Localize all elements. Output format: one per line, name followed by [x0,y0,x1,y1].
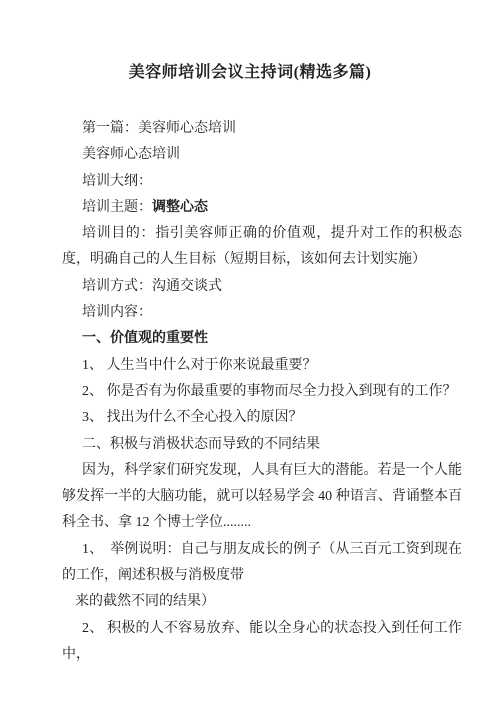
potential-paragraph: 因为，科学家们研究发现，人具有巨大的潜能。若是一个人能够发挥一半的大脑功能，就可… [62,458,462,537]
training-topic-label: 培训主题： [82,200,152,215]
document-title: 美容师培训会议主持词(精选多篇) [0,0,500,86]
section-heading-one: 一、价值观的重要性 [62,326,462,352]
training-method-line: 培训方式：沟通交谈式 [62,274,462,300]
example-list-item-2: 2、 积极的人不容易放弃、能以全身心的状态投入到任何工作中， [62,616,462,669]
subtitle-mindset-training: 美容师心态培训 [62,142,462,168]
list-item-1: 1、 人生当中什么对于你来说最重要？ [62,353,462,379]
training-outline-label: 培训大纲： [62,169,462,195]
example-list-item-1: 1、 举例说明：自己与朋友成长的例子（从三百元工资到现在的工作，阐述积极与消极度… [62,537,462,590]
training-topic-value: 调整心态 [152,200,208,215]
document-page: 美容师培训会议主持词(精选多篇) 第一篇：美容师心态培训 美容师心态培训 培训大… [0,0,500,707]
example-continuation-line: 来的截然不同的结果） [62,589,462,615]
training-purpose-paragraph: 培训目的：指引美容师正确的价值观，提升对工作的积极态度，明确自己的人生目标（短期… [62,221,462,274]
training-content-label: 培训内容： [62,300,462,326]
section-heading-two: 二、积极与消极状态而导致的不同结果 [62,432,462,458]
training-topic-line: 培训主题：调整心态 [62,195,462,221]
document-body: 第一篇：美容师心态培训 美容师心态培训 培训大纲： 培训主题：调整心态 培训目的… [0,116,500,668]
section-label-part-one: 第一篇：美容师心态培训 [62,116,462,142]
list-item-2: 2、 你是否有为你最重要的事物而尽全力投入到现有的工作？ [62,379,462,405]
list-item-3: 3、 找出为什么不全心投入的原因？ [62,405,462,431]
